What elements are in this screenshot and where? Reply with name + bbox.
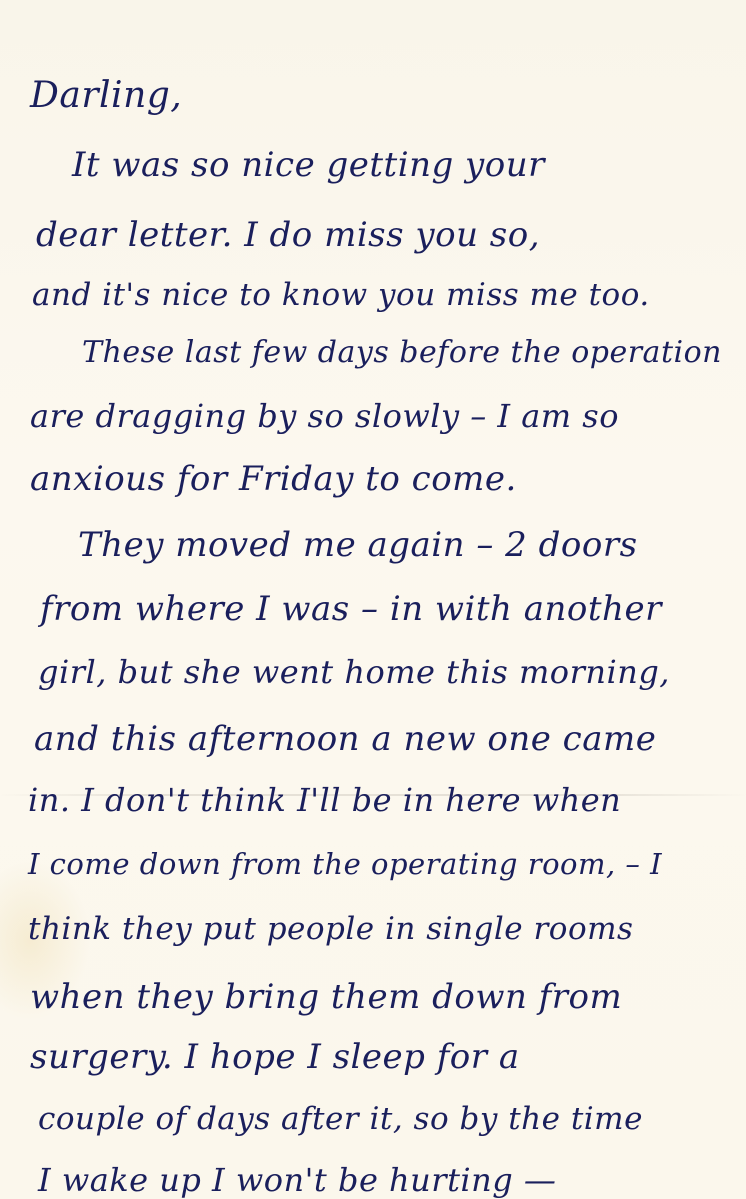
- letter-line: These last few days before the operation: [82, 338, 722, 368]
- letter-line: I wake up I won't be hurting —: [38, 1164, 556, 1196]
- letter-line: when they bring them down from: [30, 980, 622, 1014]
- letter-line: and this afternoon a new one came: [34, 722, 656, 756]
- letter-line: in. I don't think I'll be in here when: [28, 784, 621, 816]
- letter-line: couple of days after it, so by the time: [38, 1104, 643, 1135]
- letter-line: girl, but she went home this morning,: [38, 656, 670, 688]
- letter-line: I come down from the operating room, – I: [28, 850, 662, 879]
- letter-line: dear letter. I do miss you so,: [36, 218, 540, 252]
- letter-line: are dragging by so slowly – I am so: [30, 400, 619, 432]
- letter-line: anxious for Friday to come.: [30, 462, 517, 496]
- letter-line: and it's nice to know you miss me too.: [32, 280, 650, 311]
- letter-line: They moved me again – 2 doors: [78, 528, 638, 562]
- letter-line: surgery. I hope I sleep for a: [30, 1040, 520, 1074]
- letter-line: from where I was – in with another: [40, 592, 662, 626]
- letter-line: It was so nice getting your: [72, 148, 545, 182]
- letter-line: think they put people in single rooms: [28, 914, 633, 945]
- salutation: Darling,: [30, 78, 182, 114]
